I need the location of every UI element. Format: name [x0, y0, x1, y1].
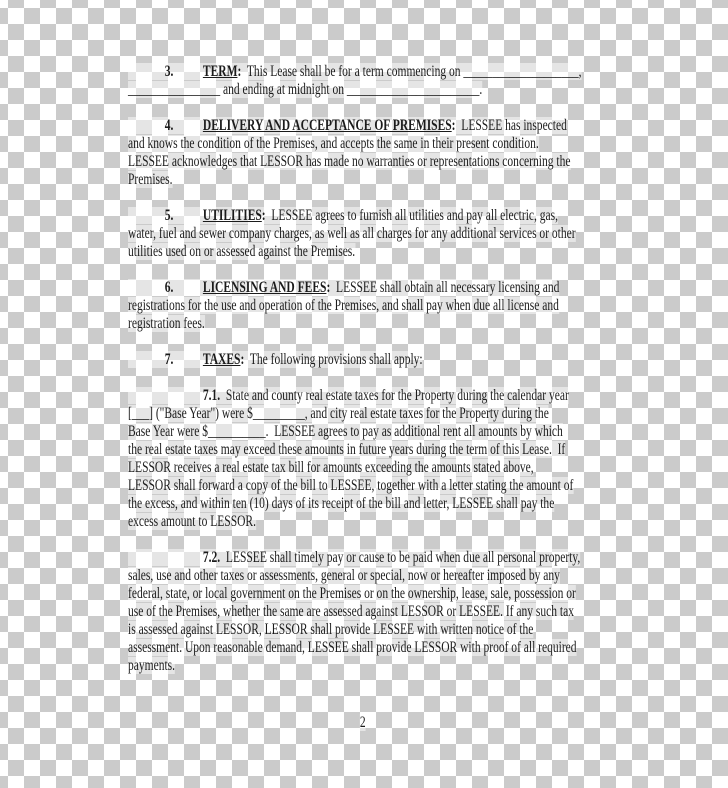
transparent-canvas: { "page": { "background": { "checker_lig… — [0, 0, 728, 788]
section-taxes: 7.TAXES: The following provisions shall … — [128, 351, 597, 369]
text-line: the excess, and within ten (10) days of … — [128, 495, 597, 513]
line-text: 4.DELIVERY AND ACCEPTANCE OF PREMISES: L… — [128, 117, 567, 134]
line-text: LESSEE acknowledges that LESSOR has made… — [128, 153, 570, 170]
section-text: LESSEE has inspected — [456, 117, 567, 134]
text-line: is assessed against LESSOR, LESSOR shall… — [128, 621, 597, 639]
section-licensing-fees: 6.LICENSING AND FEES: LESSEE shall obtai… — [128, 279, 597, 333]
text-line: registrations for the use and operation … — [128, 297, 597, 315]
line-text: Premises. — [128, 171, 172, 188]
text-line: Base Year were $__________. LESSEE agree… — [128, 423, 597, 441]
text-line: registration fees. — [128, 315, 597, 333]
line-text: 7.TAXES: The following provisions shall … — [128, 351, 423, 368]
line-text: 7.1. State and county real estate taxes … — [128, 387, 569, 404]
line-text: ________________ and ending at midnight … — [128, 81, 482, 98]
text-line: 6.LICENSING AND FEES: LESSEE shall obtai… — [128, 279, 597, 297]
line-text: payments. — [128, 657, 175, 674]
text-line: use of the Premises, whether the same ar… — [128, 603, 597, 621]
text-line: 7.TAXES: The following provisions shall … — [128, 351, 597, 369]
section-heading: TERM: — [203, 63, 241, 80]
clause-text: State and county real estate taxes for t… — [220, 387, 569, 404]
text-line: the real estate taxes may exceed these a… — [128, 441, 597, 459]
text-line: water, fuel and sewer company charges, a… — [128, 225, 597, 243]
section-heading: TAXES: — [203, 351, 244, 368]
lease-document-page: 3.TERM: This Lease shall be for a term c… — [128, 63, 597, 732]
line-text: is assessed against LESSOR, LESSOR shall… — [128, 621, 533, 638]
text-line: 7.2. LESSEE shall timely pay or cause to… — [128, 549, 597, 567]
text-line: LESSOR receives a real estate tax bill f… — [128, 459, 597, 477]
clause-number: 7.2. — [203, 549, 220, 566]
line-text: the excess, and within ten (10) days of … — [128, 495, 554, 512]
section-text: LESSEE shall obtain all necessary licens… — [330, 279, 559, 296]
text-line: 3.TERM: This Lease shall be for a term c… — [128, 63, 597, 81]
line-text: sales, use and other taxes or assessment… — [128, 567, 560, 584]
section-heading: LICENSING AND FEES: — [203, 279, 330, 296]
line-text: 3.TERM: This Lease shall be for a term c… — [128, 63, 581, 80]
section-number: 4. — [165, 117, 203, 135]
line-text: assessment. Upon reasonable demand, LESS… — [128, 639, 577, 656]
text-line: 4.DELIVERY AND ACCEPTANCE OF PREMISES: L… — [128, 117, 597, 135]
line-text: 5.UTILITIES: LESSEE agrees to furnish al… — [128, 207, 558, 224]
line-text: [___] ("Base Year") were $_________, and… — [128, 405, 549, 422]
text-line: Premises. — [128, 171, 597, 189]
section-utilities: 5.UTILITIES: LESSEE agrees to furnish al… — [128, 207, 597, 261]
line-text: LESSOR receives a real estate tax bill f… — [128, 459, 534, 476]
page-number-text: 2 — [360, 714, 366, 731]
line-text: and knows the condition of the Premises,… — [128, 135, 539, 152]
text-line: 5.UTILITIES: LESSEE agrees to furnish al… — [128, 207, 597, 225]
section-number: 6. — [165, 279, 203, 297]
section-text: This Lease shall be for a term commencin… — [241, 63, 581, 80]
line-text: Base Year were $__________. LESSEE agree… — [128, 423, 563, 440]
text-line: excess amount to LESSOR. — [128, 513, 597, 531]
section-heading: DELIVERY AND ACCEPTANCE OF PREMISES: — [203, 117, 456, 134]
clause-7-2: 7.2. LESSEE shall timely pay or cause to… — [128, 549, 597, 675]
text-line: 7.1. State and county real estate taxes … — [128, 387, 597, 405]
line-text: registration fees. — [128, 315, 205, 332]
text-line: LESSOR shall forward a copy of the bill … — [128, 477, 597, 495]
section-number: 3. — [165, 63, 203, 81]
line-text: registrations for the use and operation … — [128, 297, 559, 314]
text-line: payments. — [128, 657, 597, 675]
line-text: excess amount to LESSOR. — [128, 513, 256, 530]
line-text: federal, state, or local government on t… — [128, 585, 576, 602]
text-line: utilities used on or assessed against th… — [128, 243, 597, 261]
text-line: sales, use and other taxes or assessment… — [128, 567, 597, 585]
section-number: 5. — [165, 207, 203, 225]
page-number: 2 — [128, 714, 597, 732]
section-delivery-acceptance: 4.DELIVERY AND ACCEPTANCE OF PREMISES: L… — [128, 117, 597, 189]
section-text: LESSEE agrees to furnish all utilities a… — [266, 207, 558, 224]
section-term: 3.TERM: This Lease shall be for a term c… — [128, 63, 597, 99]
section-number: 7. — [165, 351, 203, 369]
line-text: water, fuel and sewer company charges, a… — [128, 225, 576, 242]
line-text: 7.2. LESSEE shall timely pay or cause to… — [128, 549, 580, 566]
clause-number: 7.1. — [203, 387, 220, 404]
line-text: LESSOR shall forward a copy of the bill … — [128, 477, 573, 494]
text-line: [___] ("Base Year") were $_________, and… — [128, 405, 597, 423]
text-line: and knows the condition of the Premises,… — [128, 135, 597, 153]
line-text: 6.LICENSING AND FEES: LESSEE shall obtai… — [128, 279, 559, 296]
line-text: the real estate taxes may exceed these a… — [128, 441, 565, 458]
line-text: utilities used on or assessed against th… — [128, 243, 355, 260]
line-text: use of the Premises, whether the same ar… — [128, 603, 574, 620]
text-line: federal, state, or local government on t… — [128, 585, 597, 603]
section-heading: UTILITIES: — [203, 207, 266, 224]
text-line: LESSEE acknowledges that LESSOR has made… — [128, 153, 597, 171]
section-text: The following provisions shall apply: — [244, 351, 422, 368]
text-line: ________________ and ending at midnight … — [128, 81, 597, 99]
clause-text: LESSEE shall timely pay or cause to be p… — [220, 549, 580, 566]
text-line: assessment. Upon reasonable demand, LESS… — [128, 639, 597, 657]
clause-7-1: 7.1. State and county real estate taxes … — [128, 387, 597, 531]
